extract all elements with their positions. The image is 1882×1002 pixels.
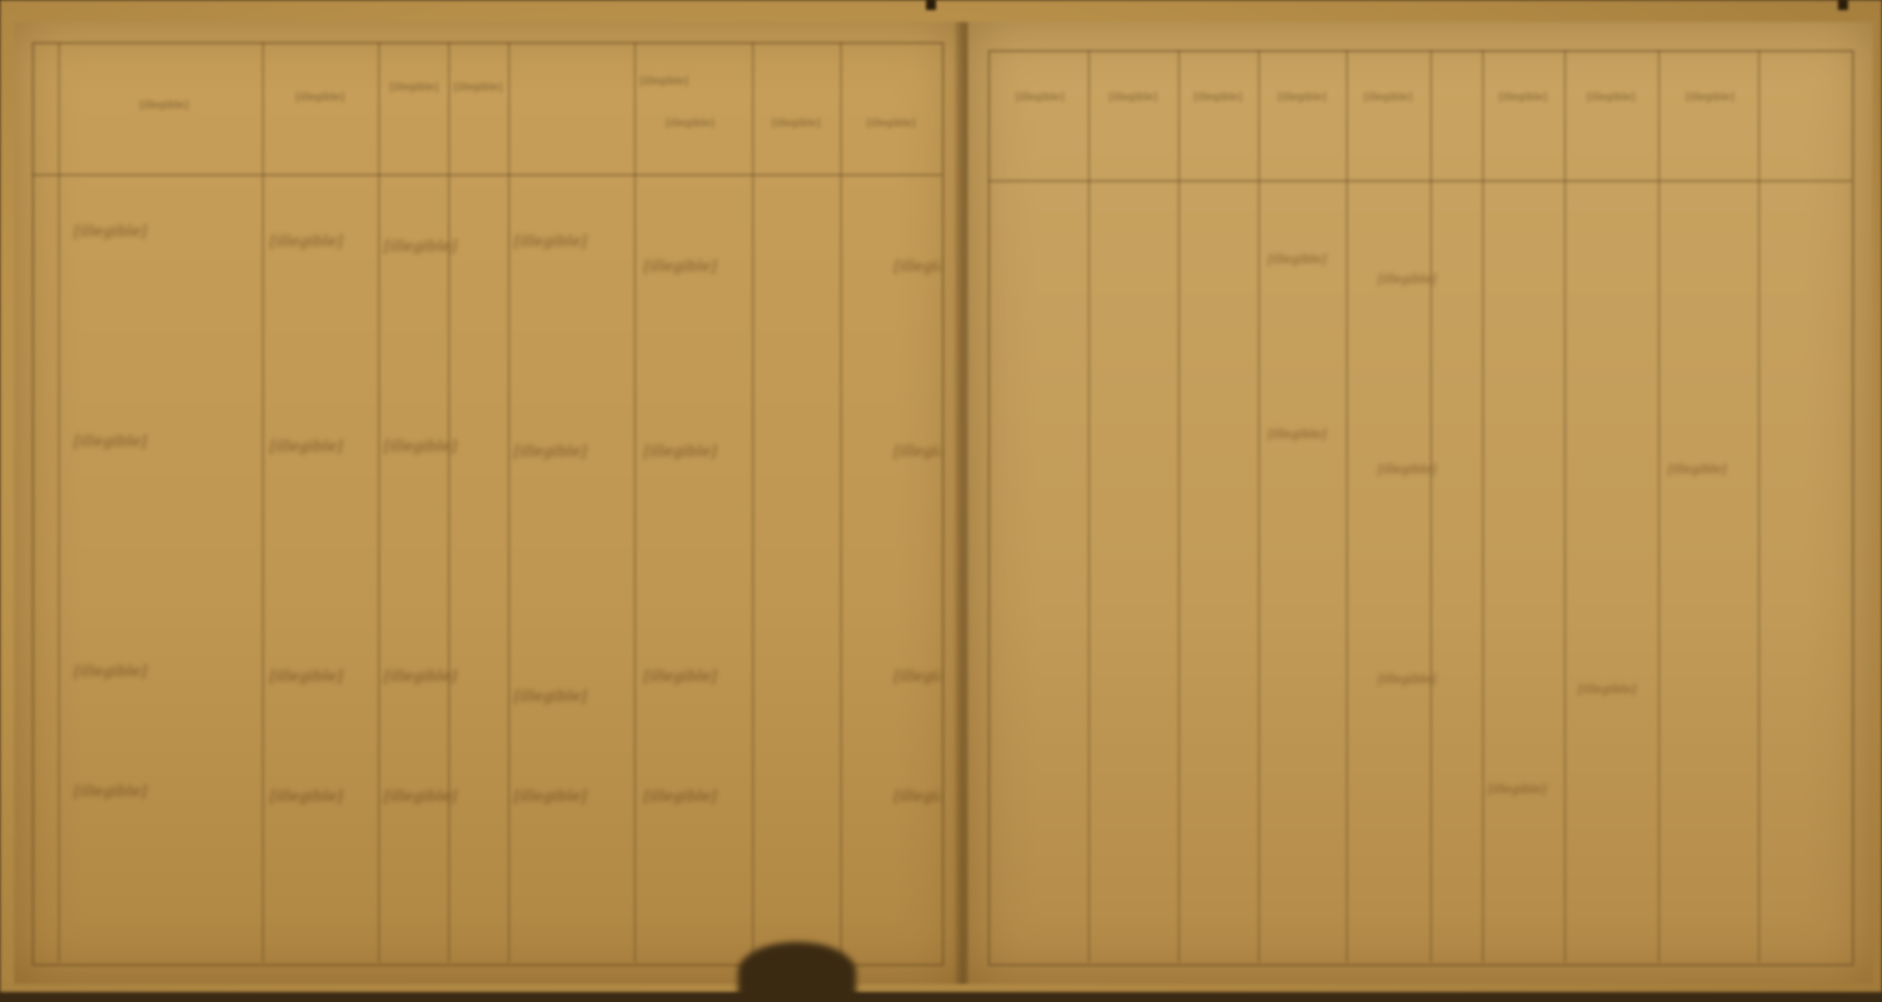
- entry-figures: [illegible]: [644, 787, 834, 805]
- left-page: [illegible] [illegible] [illegible] [ill…: [14, 22, 964, 984]
- binding-clip-right: [1838, 0, 1848, 10]
- entry-place: [illegible]: [514, 687, 629, 705]
- header-cell: [illegible]: [758, 118, 834, 130]
- annotation: [illegible]: [1668, 462, 1818, 477]
- column-rule: [1346, 50, 1348, 962]
- header-cell: [illegible]: [1264, 92, 1340, 104]
- header-cell: [illegible]: [1094, 92, 1172, 104]
- column-rule: [840, 42, 842, 962]
- header-cell: [illegible]: [74, 100, 254, 112]
- column-rule: [634, 42, 636, 962]
- entry-col3: [illegible]: [384, 437, 494, 455]
- annotation: [illegible]: [1378, 672, 1508, 687]
- column-rule: [1564, 50, 1566, 962]
- entry-name: [illegible]: [74, 432, 254, 450]
- header-cell: [illegible]: [640, 118, 740, 130]
- annotation: [illegible]: [1488, 782, 1578, 797]
- header-cell: [illegible]: [270, 92, 370, 104]
- header-cell: [illegible]: [1184, 92, 1252, 104]
- entry-total: [illegible]: [894, 667, 940, 685]
- entry-col2: [illegible]: [270, 232, 370, 250]
- header-cell: [illegible]: [1352, 92, 1424, 104]
- column-rule: [1758, 50, 1760, 962]
- annotation: [illegible]: [1378, 462, 1508, 477]
- entry-figures: [illegible]: [644, 667, 834, 685]
- header-cell: [illegible]: [514, 76, 814, 88]
- header-cell: [illegible]: [1570, 92, 1652, 104]
- column-rule: [1658, 50, 1660, 962]
- entry-place: [illegible]: [514, 787, 629, 805]
- annotation: [illegible]: [1268, 252, 1378, 267]
- entry-total: [illegible]: [894, 787, 940, 805]
- entry-col3: [illegible]: [384, 667, 494, 685]
- entry-col2: [illegible]: [270, 437, 370, 455]
- column-rule: [262, 42, 264, 962]
- right-page-frame: [988, 50, 1854, 966]
- column-rule: [1258, 50, 1260, 962]
- entry-total: [illegible]: [894, 257, 940, 275]
- annotation: [illegible]: [1578, 682, 1748, 697]
- entry-figures: [illegible]: [644, 257, 834, 275]
- header-cell: [illegible]: [384, 82, 444, 94]
- column-rule: [1088, 50, 1090, 962]
- column-rule: [752, 42, 754, 962]
- annotation: [illegible]: [1378, 272, 1508, 287]
- header-cell: [illegible]: [1488, 92, 1558, 104]
- right-header-rule: [988, 180, 1852, 182]
- entry-col2: [illegible]: [270, 667, 370, 685]
- entry-total: [illegible]: [894, 442, 940, 460]
- entry-name: [illegible]: [74, 782, 254, 800]
- register-spread: [illegible] [illegible] [illegible] [ill…: [0, 0, 1882, 992]
- entry-place: [illegible]: [514, 232, 629, 250]
- column-rule: [448, 42, 450, 962]
- entry-name: [illegible]: [74, 222, 254, 240]
- left-page-frame: [32, 42, 944, 966]
- column-rule: [1482, 50, 1484, 962]
- column-rule: [1430, 50, 1432, 962]
- column-rule: [1178, 50, 1180, 962]
- annotation: [illegible]: [1268, 427, 1378, 442]
- column-rule: [508, 42, 510, 962]
- header-cell: [illegible]: [1668, 92, 1752, 104]
- entry-col2: [illegible]: [270, 787, 370, 805]
- entry-place: [illegible]: [514, 442, 629, 460]
- header-cell: [illegible]: [998, 92, 1082, 104]
- right-page: [illegible] [illegible] [illegible] [ill…: [968, 22, 1873, 984]
- entry-col3: [illegible]: [384, 787, 494, 805]
- header-cell: [illegible]: [452, 82, 504, 94]
- left-header-rule: [32, 174, 942, 176]
- entry-col3: [illegible]: [384, 237, 494, 255]
- column-rule: [378, 42, 380, 962]
- entry-name: [illegible]: [74, 662, 254, 680]
- binding-clip-left: [926, 0, 936, 10]
- entry-figures: [illegible]: [644, 442, 834, 460]
- column-rule: [58, 42, 60, 962]
- header-cell: [illegible]: [846, 118, 936, 130]
